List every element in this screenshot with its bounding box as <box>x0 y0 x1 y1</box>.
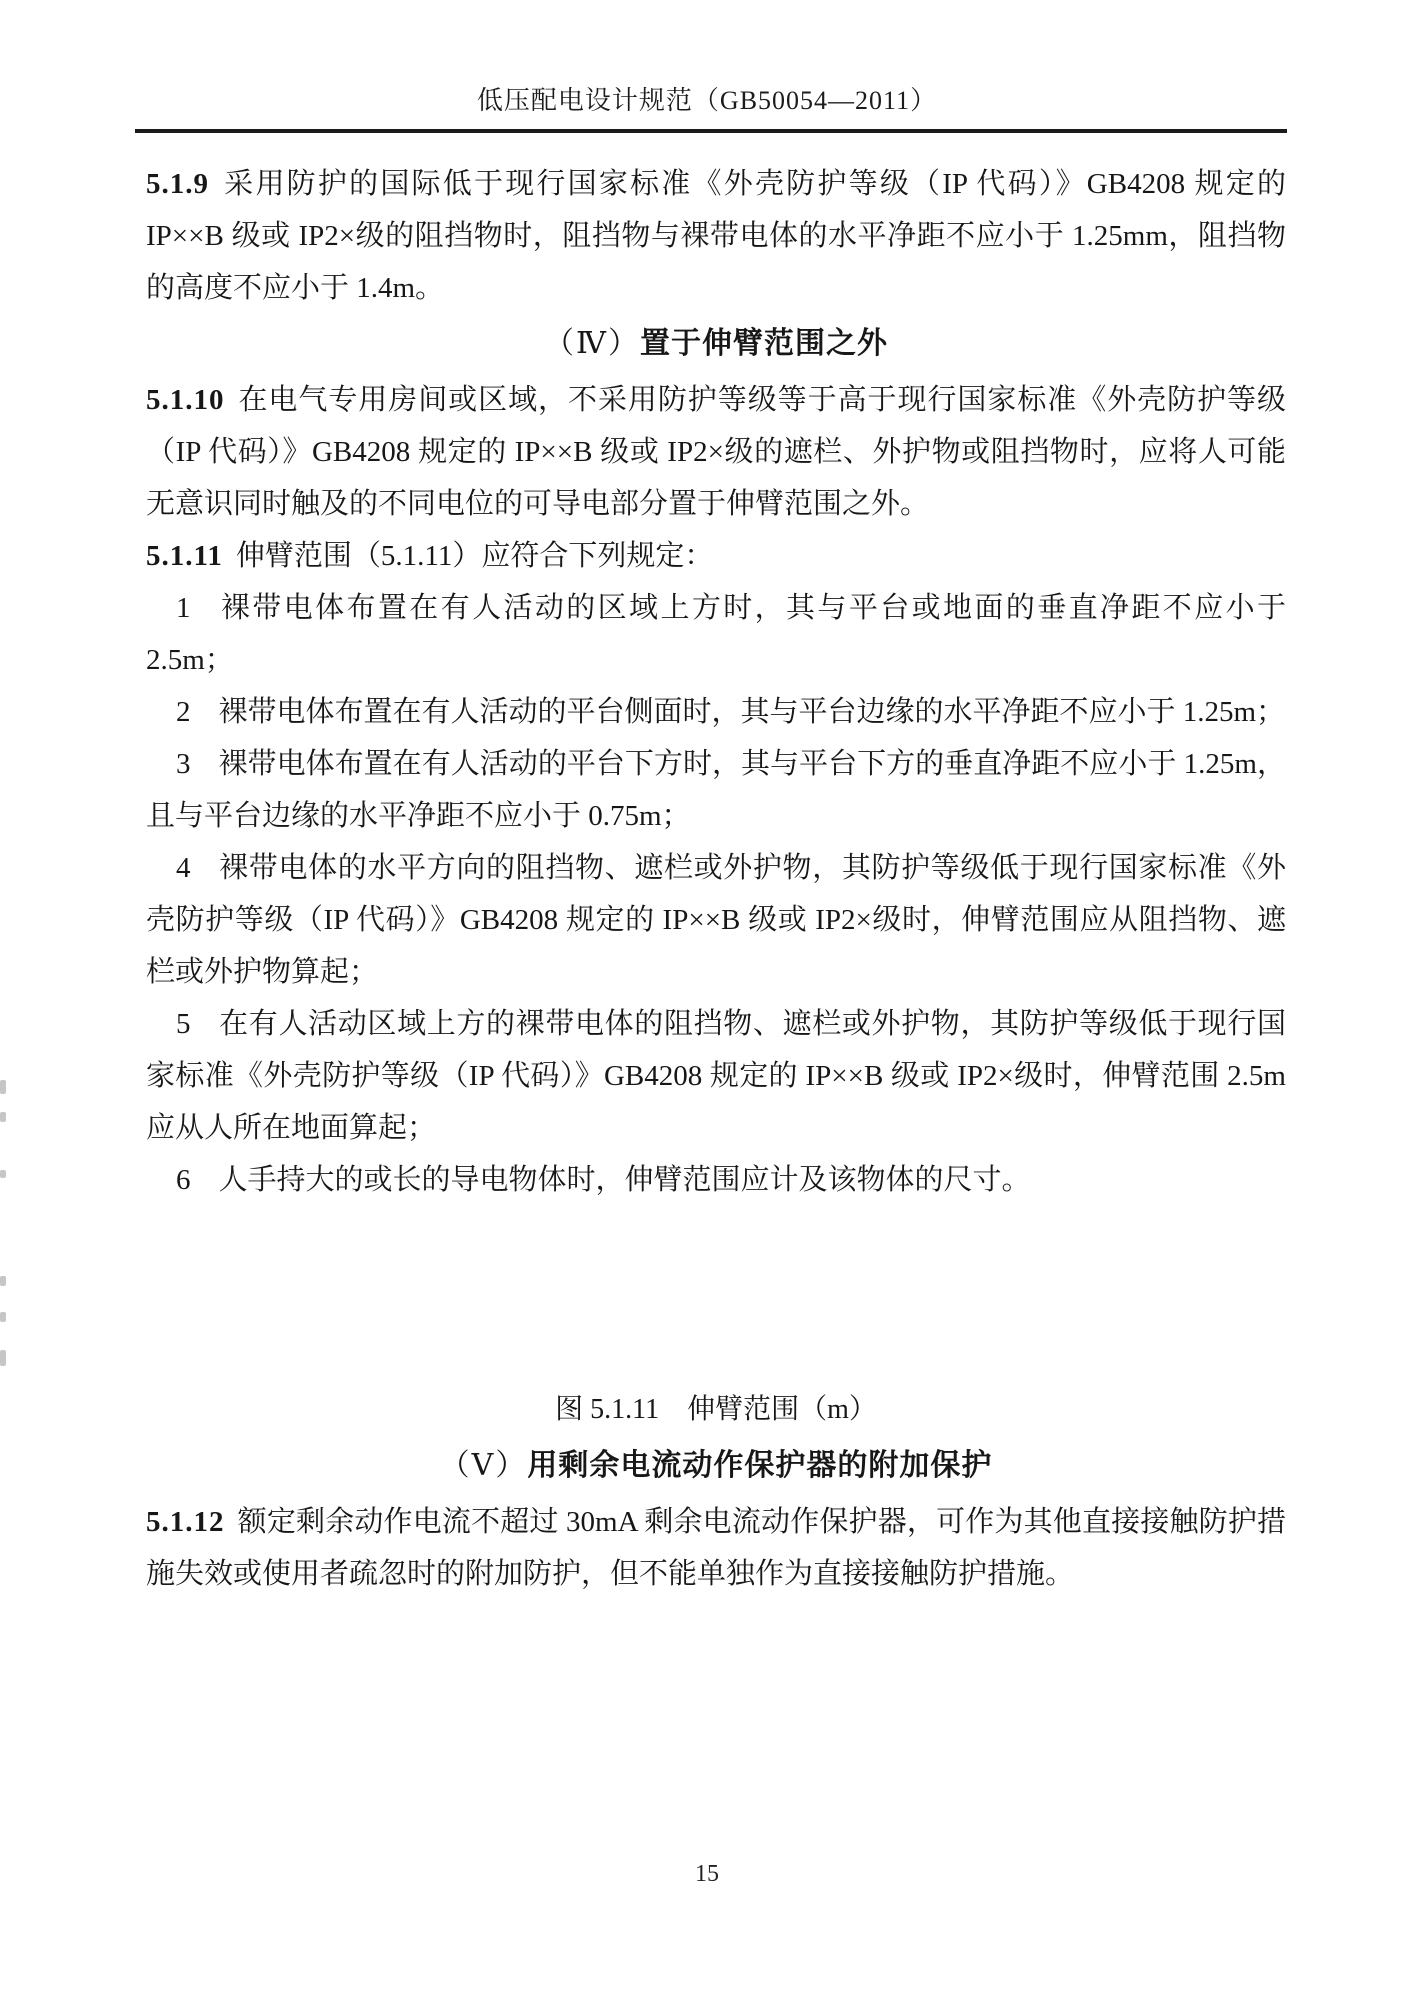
clause-text: 在电气专用房间或区域，不采用防护等级等于高于现行国家标准《外壳防护等级（IP 代… <box>146 384 1286 520</box>
clause-5.1.12: 5.1.12额定剩余动作电流不超过 30mA 剩余电流动作保护器，可作为其他直接… <box>146 1496 1286 1600</box>
list-item-number: 4 <box>176 852 191 884</box>
list-item-text: 在有人活动区域上方的裸带电体的阻挡物、遮栏或外护物，其防护等级低于现行国家标准《… <box>146 1008 1286 1144</box>
sub-heading: （Ⅳ）置于伸臂范围之外 <box>146 318 1286 370</box>
clause-text: 采用防护的国际低于现行国家标准《外壳防护等级（IP 代码）》GB4208 规定的… <box>146 168 1286 304</box>
page-header-title: 低压配电设计规范（GB50054—2011） <box>0 80 1414 117</box>
clause-5.1.9: 5.1.9采用防护的国际低于现行国家标准《外壳防护等级（IP 代码）》GB420… <box>146 158 1286 314</box>
scan-artifact <box>0 1350 6 1366</box>
list-item-number: 3 <box>176 748 191 780</box>
heading-prefix: （Ⅳ） <box>544 327 640 360</box>
list-item-text: 裸带电体布置在有人活动的平台下方时，其与平台下方的垂直净距不应小于 1.25m，… <box>146 748 1286 832</box>
heading-title: 置于伸臂范围之外 <box>640 327 888 360</box>
scan-artifact <box>0 1312 6 1322</box>
figure-caption: 图 5.1.11 伸臂范围（m） <box>146 1384 1286 1436</box>
clause-number: 5.1.11 <box>146 540 223 572</box>
heading-prefix: （Ⅴ） <box>440 1449 528 1482</box>
scan-artifact <box>0 1170 6 1178</box>
scan-artifact <box>0 1080 6 1094</box>
list-item-1: 1裸带电体布置在有人活动的区域上方时，其与平台或地面的垂直净距不应小于 2.5m… <box>146 582 1286 686</box>
clause-text: 伸臂范围（5.1.11）应符合下列规定： <box>236 540 713 572</box>
section-after-figure-blocks: 图 5.1.11 伸臂范围（m）（Ⅴ）用剩余电流动作保护器的附加保护5.1.12… <box>146 1384 1286 1600</box>
header-rule <box>135 129 1287 133</box>
heading-title: 用剩余电流动作保护器的附加保护 <box>527 1449 992 1482</box>
list-item-text: 人手持大的或长的导电物体时，伸臂范围应计及该物体的尺寸。 <box>219 1164 1031 1196</box>
list-item-text: 裸带电体布置在有人活动的区域上方时，其与平台或地面的垂直净距不应小于 2.5m； <box>146 592 1286 676</box>
page-number: 15 <box>0 1861 1414 1888</box>
list-item-text: 裸带电体布置在有人活动的平台侧面时，其与平台边缘的水平净距不应小于 1.25m； <box>219 696 1286 728</box>
clause-text: 额定剩余动作电流不超过 30mA 剩余电流动作保护器，可作为其他直接接触防护措施… <box>146 1506 1286 1590</box>
list-item-6: 6人手持大的或长的导电物体时，伸臂范围应计及该物体的尺寸。 <box>146 1154 1286 1206</box>
scan-artifact <box>0 1276 6 1286</box>
list-item-number: 1 <box>176 592 191 624</box>
list-item-2: 2裸带电体布置在有人活动的平台侧面时，其与平台边缘的水平净距不应小于 1.25m… <box>146 686 1286 738</box>
list-item-text: 裸带电体的水平方向的阻挡物、遮栏或外护物，其防护等级低于现行国家标准《外壳防护等… <box>146 852 1286 988</box>
document-page: 低压配电设计规范（GB50054—2011） 5.1.9采用防护的国际低于现行国… <box>0 0 1414 2000</box>
figure-area <box>146 1206 1286 1384</box>
clause-number: 5.1.10 <box>146 384 225 416</box>
document-body: 5.1.9采用防护的国际低于现行国家标准《外壳防护等级（IP 代码）》GB420… <box>146 158 1286 1600</box>
scan-artifact <box>0 1112 6 1122</box>
list-item-3: 3裸带电体布置在有人活动的平台下方时，其与平台下方的垂直净距不应小于 1.25m… <box>146 738 1286 842</box>
clause-5.1.10: 5.1.10在电气专用房间或区域，不采用防护等级等于高于现行国家标准《外壳防护等… <box>146 374 1286 530</box>
section-main-blocks: 5.1.9采用防护的国际低于现行国家标准《外壳防护等级（IP 代码）》GB420… <box>146 158 1286 1206</box>
clause-number: 5.1.12 <box>146 1506 225 1538</box>
clause-5.1.11: 5.1.11伸臂范围（5.1.11）应符合下列规定： <box>146 530 1286 582</box>
sub-heading: （Ⅴ）用剩余电流动作保护器的附加保护 <box>146 1440 1286 1492</box>
list-item-5: 5在有人活动区域上方的裸带电体的阻挡物、遮栏或外护物，其防护等级低于现行国家标准… <box>146 998 1286 1154</box>
list-item-number: 2 <box>176 696 191 728</box>
clause-number: 5.1.9 <box>146 168 209 200</box>
list-item-number: 5 <box>176 1008 191 1040</box>
list-item-4: 4裸带电体的水平方向的阻挡物、遮栏或外护物，其防护等级低于现行国家标准《外壳防护… <box>146 842 1286 998</box>
list-item-number: 6 <box>176 1164 191 1196</box>
